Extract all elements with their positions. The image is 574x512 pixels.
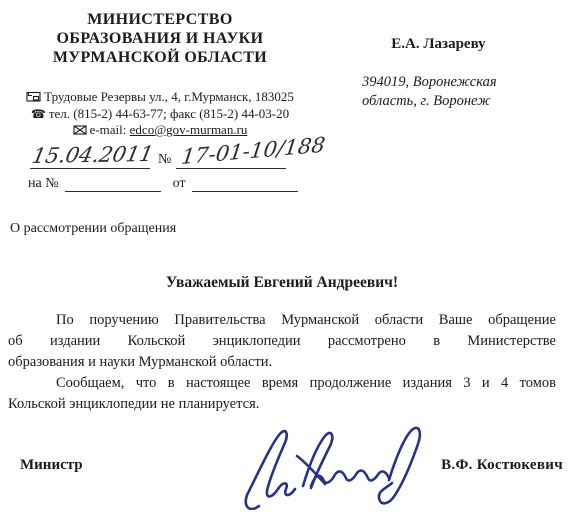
reply-reference-row: на № от [28, 174, 298, 192]
reply-number-underline [65, 174, 161, 192]
ministry-title-line: МУРМАНСКОЙ ОБЛАСТИ [8, 48, 312, 67]
addressee-address-line: 394019, Воронежская [362, 73, 521, 92]
phone-fax-row: ☎тел. (815-2) 44-63-77; факс (815-2) 44-… [8, 106, 312, 123]
addressee-name: Е.А. Лазареву [356, 36, 521, 53]
letter-body: По поручению Правительства Мурманской об… [8, 310, 556, 415]
subject-line: О рассмотрении обращения [10, 221, 176, 237]
salutation: Уважаемый Евгений Андреевич! [8, 274, 556, 292]
scanned-letter: МИНИСТЕРСТВО ОБРАЗОВАНИЯ И НАУКИ МУРМАНС… [0, 0, 574, 512]
reply-number-label: на № [28, 176, 59, 192]
email-address: edco@gov-murman.ru [130, 122, 248, 137]
contact-block: Трудовые Резервы ул., 4, г.Мурманск, 183… [8, 89, 312, 139]
email-label: e-mail: [90, 122, 127, 137]
outgoing-reference-row: 15.04.2011 № 17-01-10/188 [30, 142, 286, 169]
ministry-title-line: ОБРАЗОВАНИЯ И НАУКИ [8, 29, 312, 48]
date-underline: 15.04.2011 [30, 142, 150, 169]
body-line: По поручению Правительства Мурманской об… [8, 310, 556, 331]
postal-address-text: Трудовые Резервы ул., 4, г.Мурманск, 183… [44, 89, 294, 104]
mailbox-icon [26, 90, 41, 106]
reply-date-underline [192, 174, 298, 192]
signer-position: Министр [20, 457, 83, 474]
body-line: об издании Кольской энциклопедии рассмот… [8, 331, 556, 352]
addressee-address-line: область, г. Воронеж [362, 92, 521, 111]
handwritten-signature [233, 420, 433, 510]
number-underline: 17-01-10/188 [176, 142, 286, 169]
postal-address-row: Трудовые Резервы ул., 4, г.Мурманск, 183… [8, 89, 312, 106]
telephone-icon: ☎ [31, 107, 46, 123]
ministry-title: МИНИСТЕРСТВО ОБРАЗОВАНИЯ И НАУКИ МУРМАНС… [8, 10, 312, 67]
ministry-title-line: МИНИСТЕРСТВО [8, 10, 312, 29]
letterhead: МИНИСТЕРСТВО ОБРАЗОВАНИЯ И НАУКИ МУРМАНС… [8, 10, 312, 139]
body-line: Сообщаем, что в настоящее время продолже… [8, 373, 556, 394]
addressee-address: 394019, Воронежская область, г. Воронеж [356, 73, 521, 111]
envelope-icon [73, 123, 87, 139]
signer-name: В.Ф. Костюкевич [441, 457, 563, 474]
reply-from-label: от [173, 176, 186, 192]
phone-fax-text: тел. (815-2) 44-63-77; факс (815-2) 44-0… [49, 106, 289, 121]
addressee-block: Е.А. Лазареву 394019, Воронежская област… [356, 36, 521, 111]
numero-sign: № [158, 152, 171, 168]
email-row: e-mail: edco@gov-murman.ru [8, 122, 312, 139]
body-line: образования и науки Мурманской области. [8, 352, 556, 373]
handwritten-date: 15.04.2011 [30, 142, 155, 168]
body-line: Кольской энциклопедии не планируется. [8, 394, 556, 415]
